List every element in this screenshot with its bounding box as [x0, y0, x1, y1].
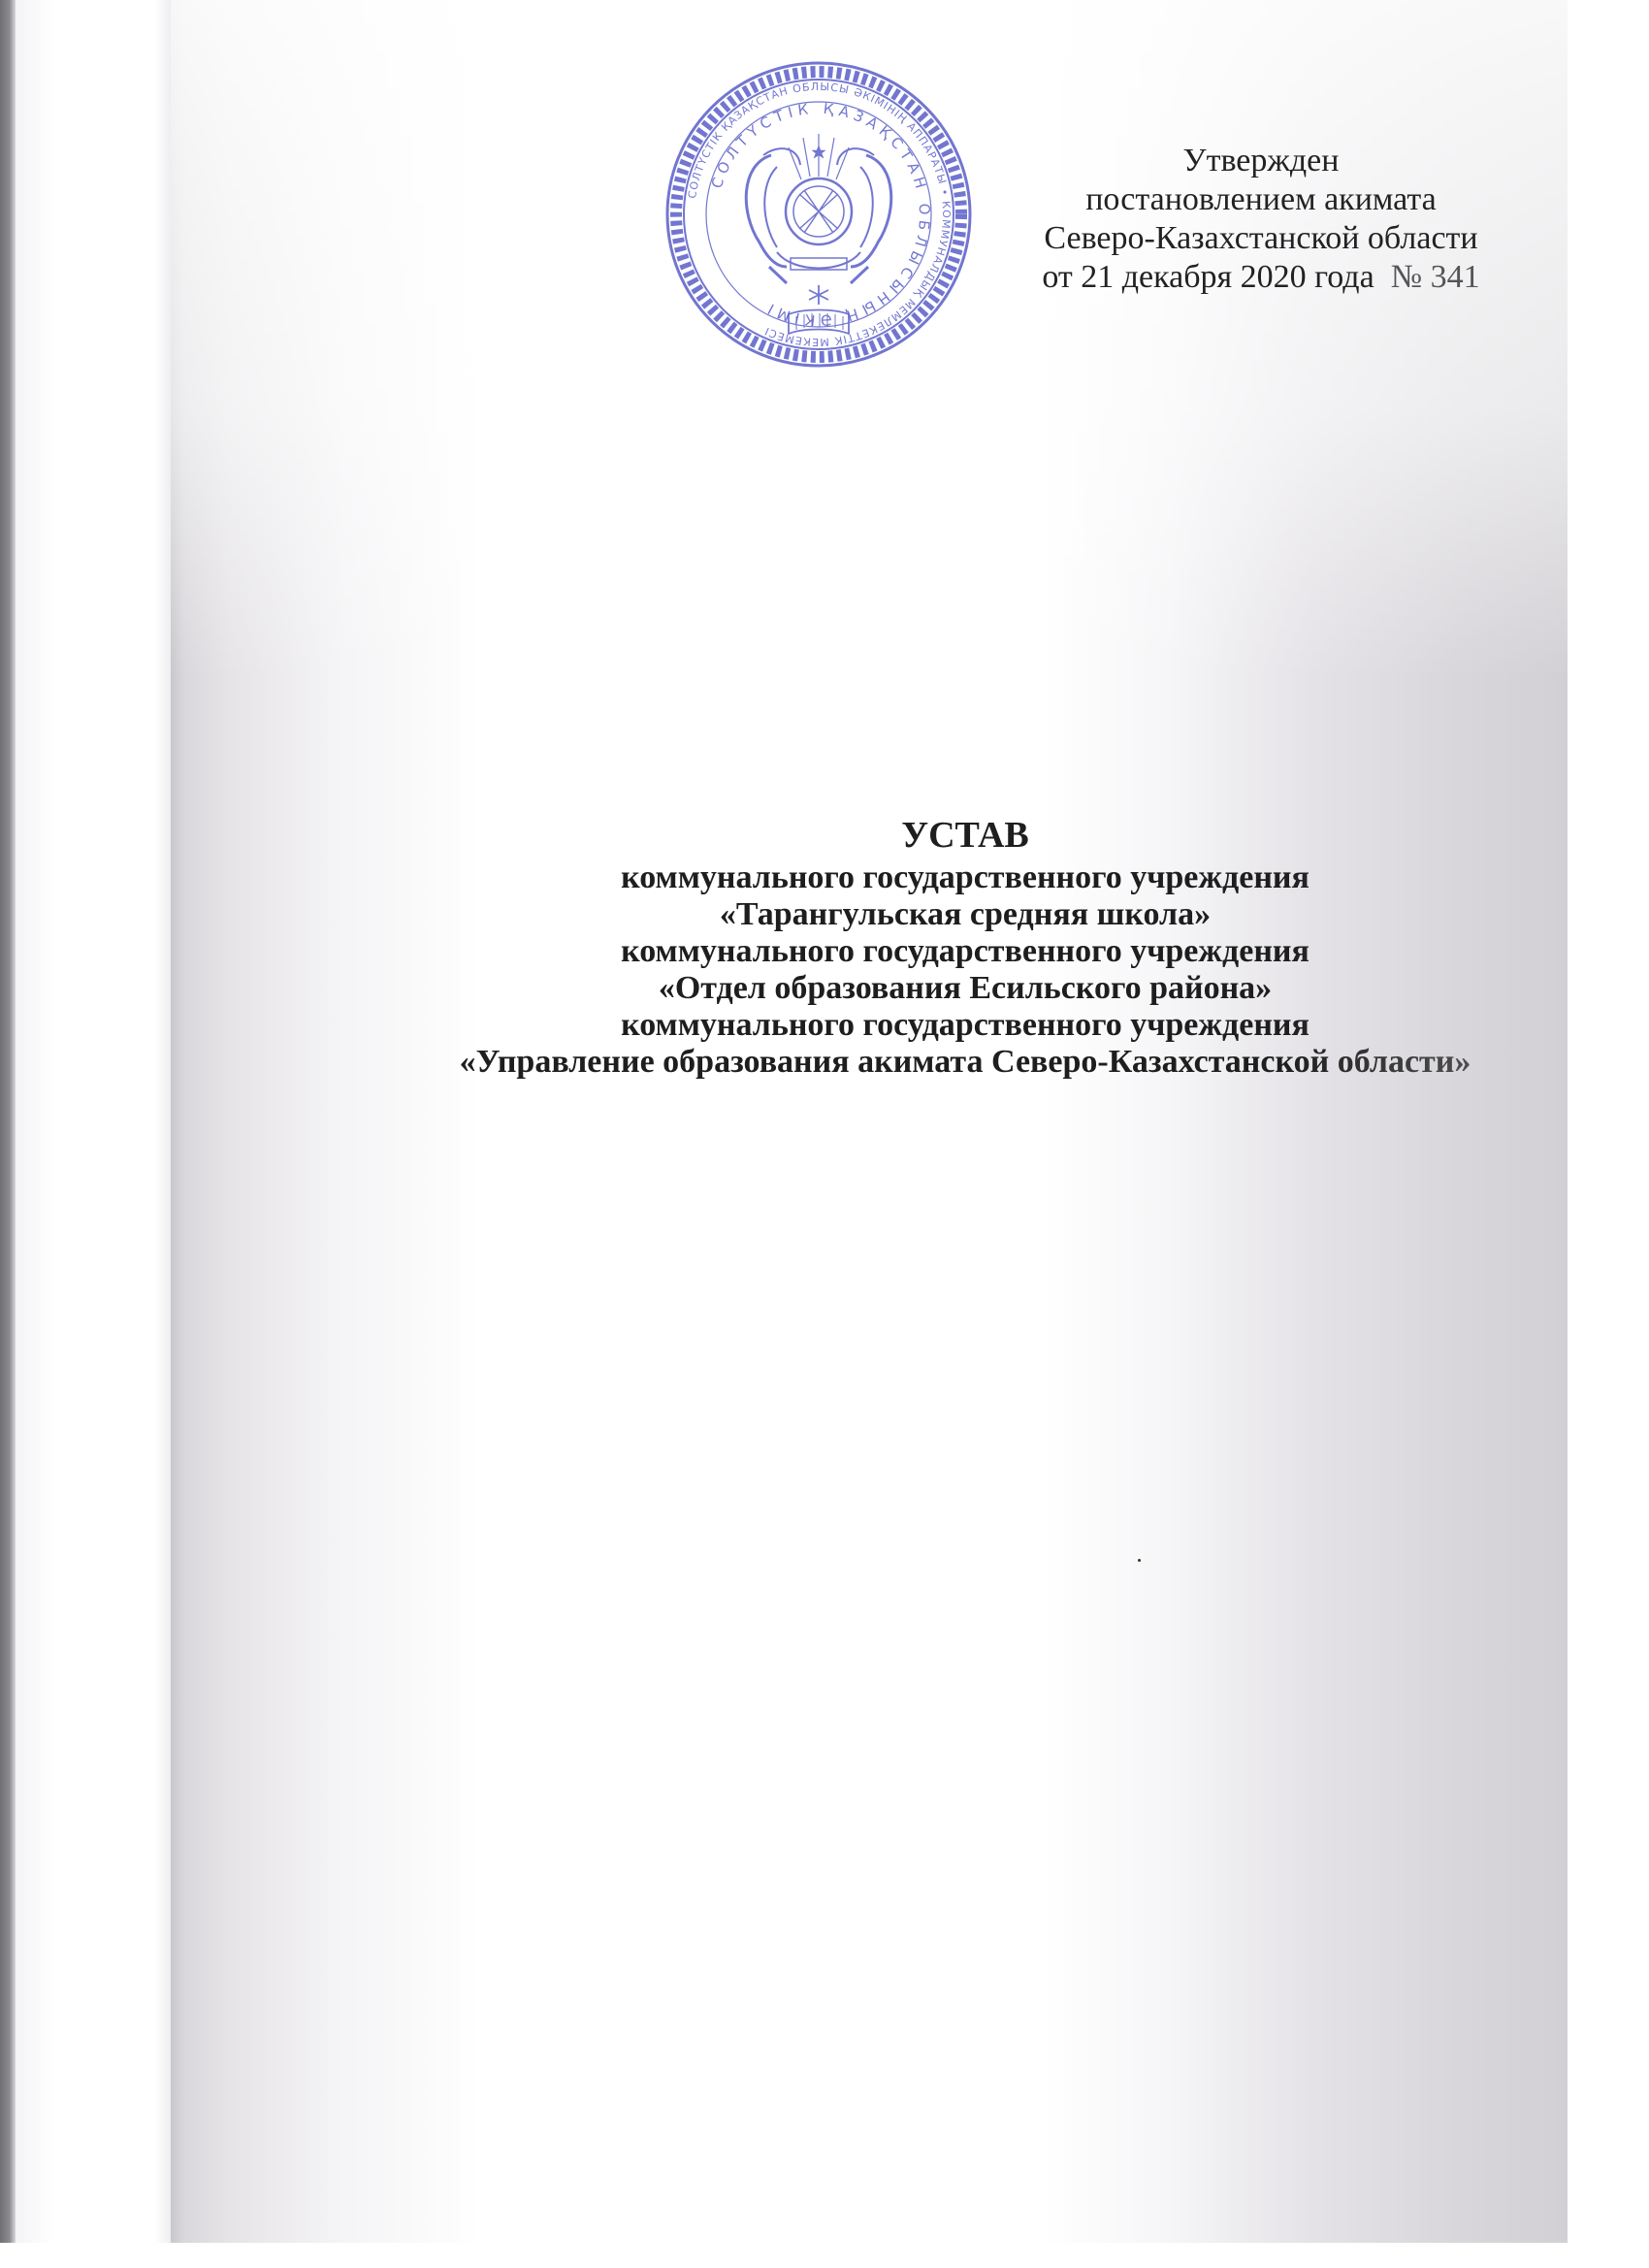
charter-title-line: коммунального государственного учреждени… [320, 859, 1610, 896]
approval-date-line: от 21 декабря 2020 года № 341 [980, 258, 1542, 297]
scan-gutter [16, 0, 171, 2243]
charter-title-line: коммунального государственного учреждени… [320, 933, 1610, 970]
approval-block: Утвержден постановлением акимата Северо-… [980, 142, 1542, 297]
svg-text:СОЛТҮСТІК ҚАЗАҚСТАН ОБЛЫСЫ ӘКІ: СОЛТҮСТІК ҚАЗАҚСТАН ОБЛЫСЫ ӘКІМІНІҢ АППА… [686, 81, 953, 348]
charter-title-line: «Управление образования акимата Северо-К… [320, 1044, 1610, 1081]
approval-date: от 21 декабря 2020 года [1042, 259, 1374, 295]
charter-title-line: «Тарангульская средняя школа» [320, 896, 1610, 933]
charter-title-line: коммунального государственного учреждени… [320, 1007, 1610, 1044]
scan-binding-strip [0, 0, 16, 2243]
approval-line: Утвержден [980, 142, 1542, 180]
scan-speck [1138, 1559, 1141, 1562]
charter-title-line: «Отдел образования Есильского района» [320, 970, 1610, 1007]
scan-bottom-margin [0, 2243, 1649, 2268]
charter-title-block: УСТАВ коммунального государственного учр… [320, 813, 1610, 1081]
approval-number: № 341 [1391, 259, 1480, 295]
approval-line: Северо-Казахстанской области [980, 219, 1542, 258]
official-seal-icon: СОЛТҮСТІК ҚАЗАҚСТАН ОБЛЫСЫ ӘКІМІНІҢ АППА… [663, 58, 975, 371]
approval-line: постановлением акимата [980, 180, 1542, 219]
charter-heading: УСТАВ [320, 813, 1610, 858]
